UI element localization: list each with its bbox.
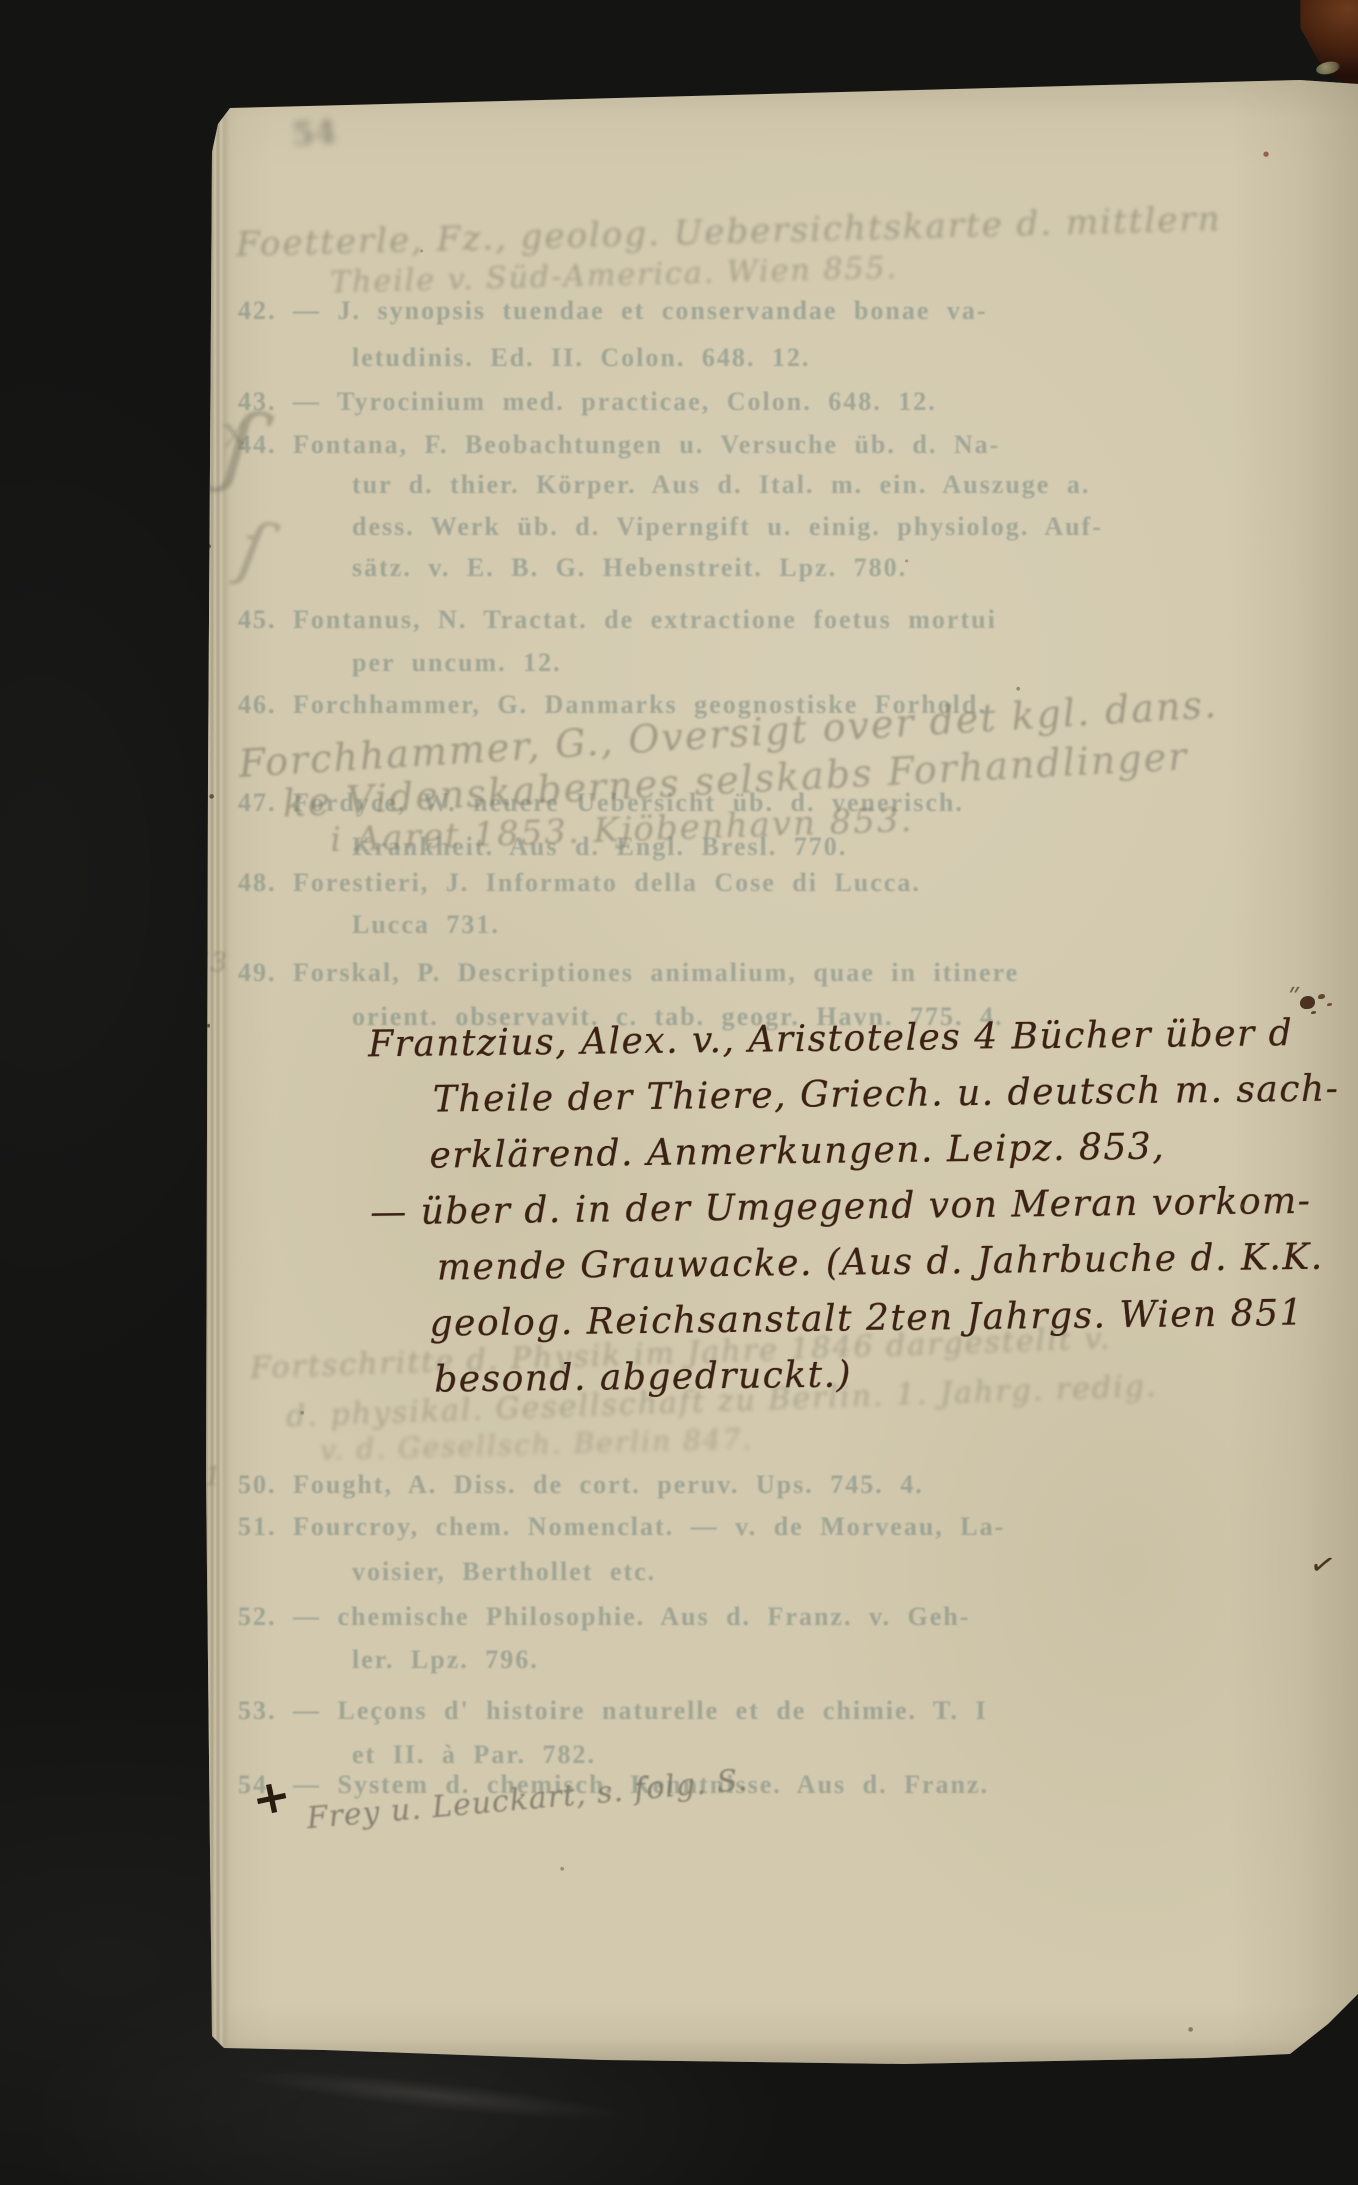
paper-speck: ˝	[1286, 984, 1301, 1019]
paper-speck: ●	[300, 1410, 304, 1416]
paper-speck: ●	[206, 543, 211, 550]
paper-speck: ●	[1240, 1203, 1244, 1209]
paper-speck: ●	[1188, 2026, 1193, 2033]
catalog-page: 54 42. — J. synopsis tuendae et conserva…	[204, 78, 1358, 2064]
paper-speck: ●	[905, 558, 909, 563]
paper-speck: ✓	[1306, 1545, 1339, 1585]
paper-speck: ●	[206, 1023, 210, 1029]
paper-speck: ●	[1016, 686, 1020, 692]
paper-speck: ●	[1263, 150, 1269, 158]
specks-layer: ●●●●●●●●●●●✓˝	[0, 0, 1358, 2185]
paper-speck: ●	[420, 248, 424, 253]
paper-speck: ●	[209, 793, 214, 800]
paper-speck: ●	[560, 1866, 564, 1872]
book-cover-corner	[1294, 0, 1358, 92]
